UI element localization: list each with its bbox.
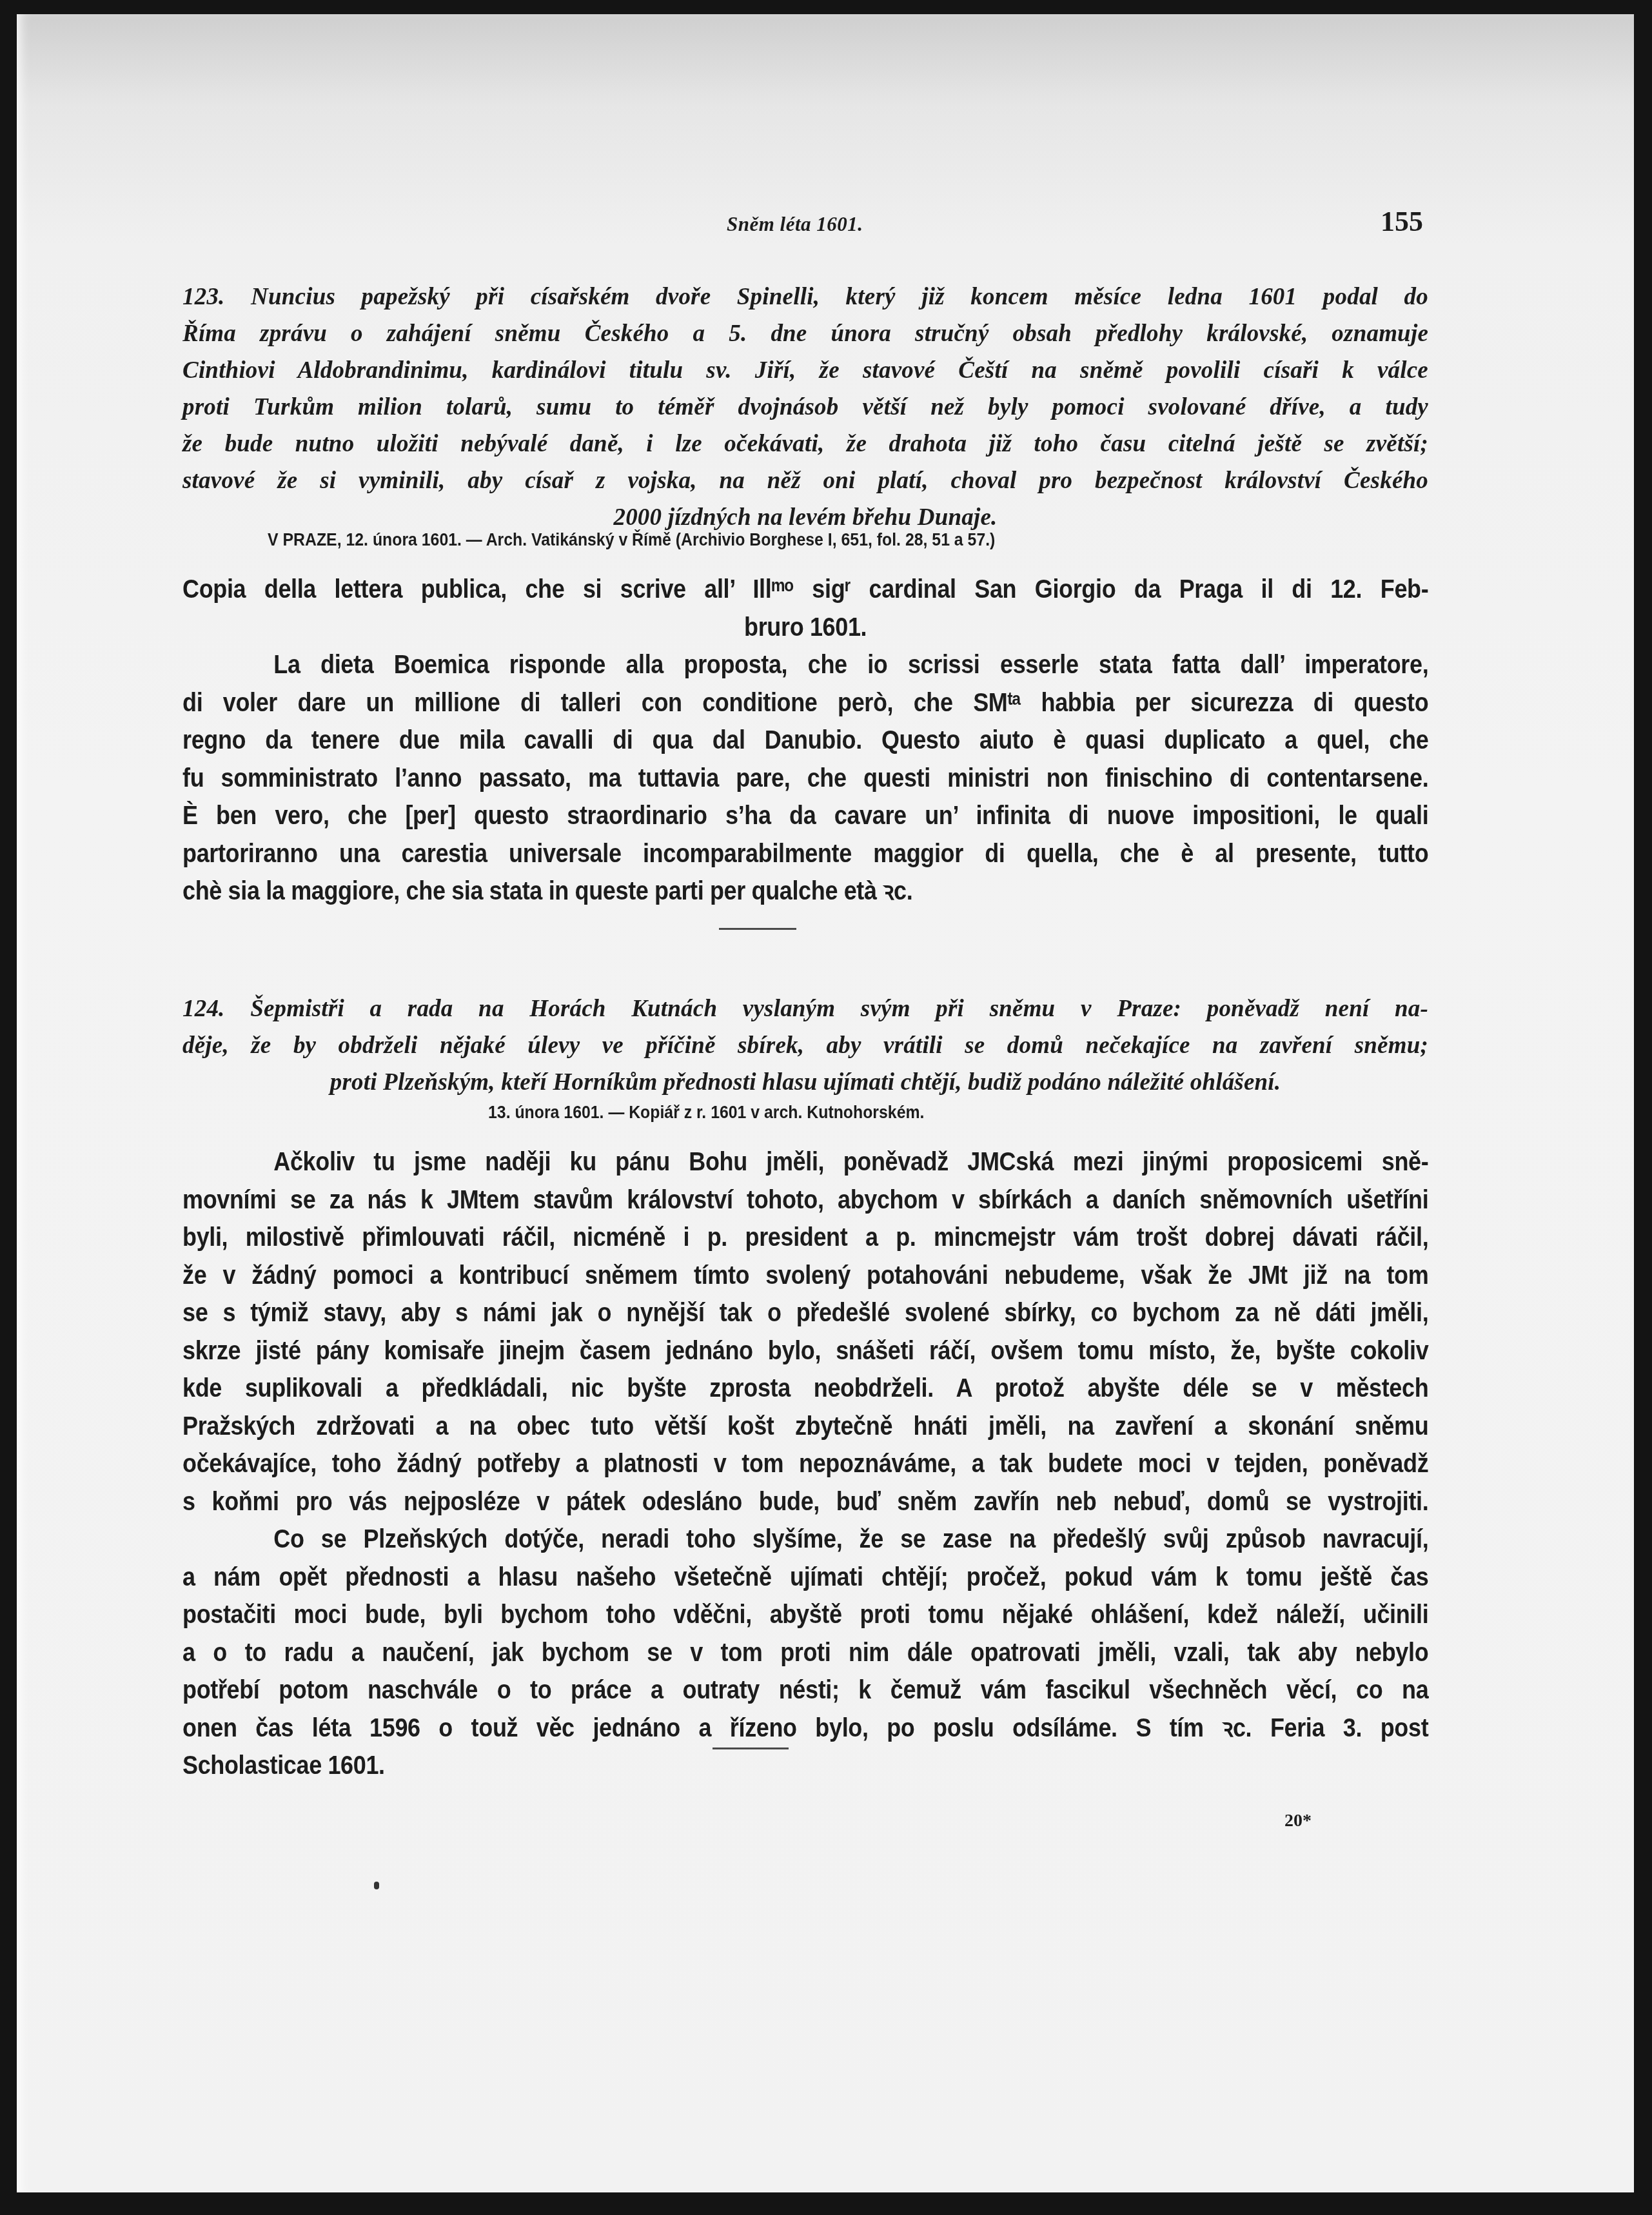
body-line: očekávajíce, toho žádný potřeby a platno… (182, 1445, 1428, 1483)
body-line: di voler dare un millione di talleri con… (182, 684, 1428, 722)
body-line: a o to radu a naučení, jak bychom se v t… (182, 1634, 1428, 1672)
section-divider (719, 928, 796, 930)
doc123-source: V PRAZE, 12. února 1601. — Arch. Vatikán… (268, 530, 995, 550)
section-divider (713, 1747, 789, 1749)
body-line: Pražských zdržovati a na obec tuto větší… (182, 1408, 1428, 1446)
letter-title-line: bruro 1601. (182, 609, 1428, 647)
doc123-summary-line: Říma zprávu o zahájení sněmu Českého a 5… (182, 315, 1428, 352)
doc123-summary: 123. Nuncius papežský při císařském dvoř… (182, 279, 1428, 536)
body-line: kde suplikovali a předkládali, nic byšte… (182, 1370, 1428, 1408)
body-line: onen čas léta 1596 o touž věc jednáno a … (182, 1709, 1428, 1747)
doc123-summary-line: stavové že si vyminili, aby císař z vojs… (182, 462, 1428, 499)
body-line: byli, milostivě přimlouvati ráčil, nicmé… (182, 1219, 1428, 1257)
signature-mark: 20* (1284, 1811, 1312, 1831)
ink-speck (374, 1882, 379, 1889)
doc124-summary: 124. Šepmistři a rada na Horách Kutnách … (182, 990, 1428, 1101)
page-number: 155 (1381, 205, 1423, 238)
doc123-letter-body: La dieta Boemica risponde alla proposta,… (182, 646, 1428, 911)
body-line: fu somministrato l’anno passato, ma tutt… (182, 760, 1428, 798)
doc123-letter-title: Copia della lettera publica, che si scri… (182, 571, 1428, 646)
doc123-summary-line: proti Turkům milion tolarů, sumu to témě… (182, 389, 1428, 426)
body-line: regno da tenere due mila cavalli di qua … (182, 722, 1428, 760)
doc124-body: Ačkoliv tu jsme naději ku pánu Bohu jměl… (182, 1143, 1428, 1785)
body-line: partoriranno una carestia universale inc… (182, 835, 1428, 873)
doc124-summary-line: 124. Šepmistři a rada na Horách Kutnách … (182, 990, 1428, 1027)
doc124-summary-line: proti Plzeňským, kteří Horníkům přednost… (182, 1064, 1428, 1101)
doc124-summary-line: děje, že by obdrželi nějaké úlevy ve pří… (182, 1027, 1428, 1064)
body-line: skrze jisté pány komisaře jinejm časem j… (182, 1332, 1428, 1370)
body-line: Scholasticae 1601. (182, 1747, 1428, 1785)
body-line: s koňmi pro vás nejposléze v pátek odesl… (182, 1483, 1428, 1521)
running-head: Sněm léta 1601. (727, 213, 863, 236)
body-line: Ačkoliv tu jsme naději ku pánu Bohu jměl… (182, 1143, 1428, 1181)
letter-title-line: Copia della lettera publica, che si scri… (182, 571, 1428, 609)
doc123-summary-line: že bude nutno uložiti nebývalé daně, i l… (182, 426, 1428, 462)
body-line: a nám opět přednosti a hlasu našeho všet… (182, 1559, 1428, 1597)
body-line: se s týmiž stavy, aby s námi jak o nyněj… (182, 1294, 1428, 1332)
body-line: potřebí potom naschvále o to práce a out… (182, 1671, 1428, 1709)
body-line: postačiti moci bude, byli bychom toho vd… (182, 1596, 1428, 1634)
body-line: La dieta Boemica risponde alla proposta,… (182, 646, 1428, 684)
doc123-summary-line: Cinthiovi Aldobrandinimu, kardinálovi ti… (182, 352, 1428, 389)
body-line: chè sia la maggiore, che sia stata in qu… (182, 872, 1428, 911)
body-line: È ben vero, che [per] questo straordinar… (182, 797, 1428, 835)
body-line: že v žádný pomoci a kontribucí sněmem tí… (182, 1257, 1428, 1295)
body-line: Co se Plzeňských dotýče, neradi toho sly… (182, 1521, 1428, 1559)
doc123-summary-line: 123. Nuncius papežský při císařském dvoř… (182, 279, 1428, 315)
doc124-source: 13. února 1601. — Kopiář z r. 1601 v arc… (488, 1103, 924, 1123)
body-line: movními se za nás k JMtem stavům královs… (182, 1181, 1428, 1219)
